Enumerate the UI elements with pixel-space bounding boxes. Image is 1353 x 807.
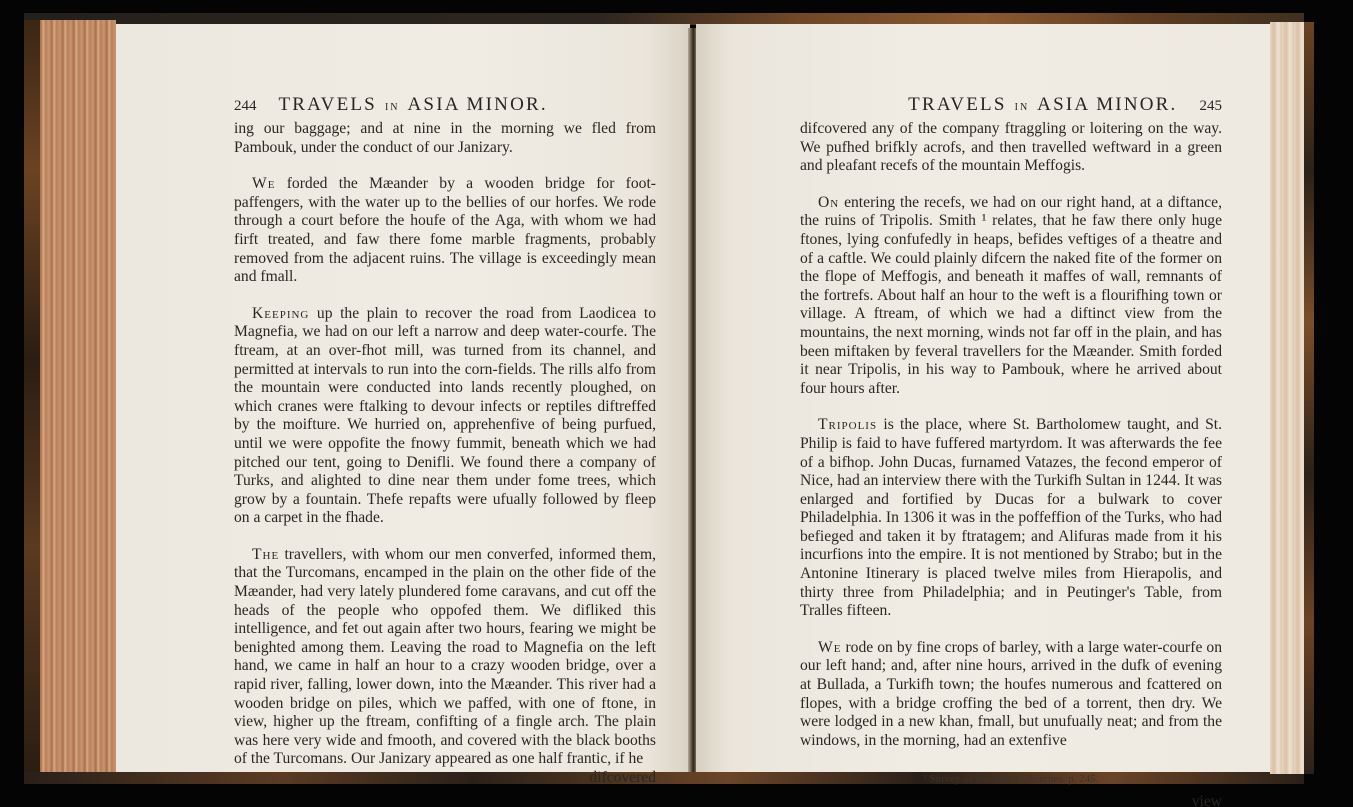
running-title-place: ASIA MINOR. bbox=[1037, 96, 1177, 115]
left-page-text: 244 TRAVELS IN ASIA MINOR. ing our bagga… bbox=[234, 96, 656, 788]
page-number: 245 bbox=[1200, 97, 1223, 116]
running-title-in: IN bbox=[385, 99, 400, 118]
right-running-head: TRAVELS IN ASIA MINOR. 245 bbox=[800, 96, 1222, 120]
running-title-in: IN bbox=[1015, 99, 1030, 118]
paragraph: Tripolis is the place, where St. Barthol… bbox=[800, 416, 1222, 621]
paragraph: We forded the Mæander by a wooden bridge… bbox=[234, 175, 656, 287]
paragraph: On entering the recefs, we had on our ri… bbox=[800, 194, 1222, 399]
left-page: 244 TRAVELS IN ASIA MINOR. ing our bagga… bbox=[116, 24, 690, 772]
catchword: difcovered bbox=[234, 769, 656, 788]
paragraph: ing our baggage; and at nine in the morn… bbox=[234, 120, 656, 157]
left-running-head: 244 TRAVELS IN ASIA MINOR. bbox=[234, 96, 656, 120]
running-title-place: ASIA MINOR. bbox=[408, 96, 548, 115]
paragraph: The travellers, with whom our men conver… bbox=[234, 546, 656, 769]
right-page: TRAVELS IN ASIA MINOR. 245 difcovered an… bbox=[696, 24, 1270, 772]
footnote: ¹ Survey of the Seven Churches. p. 245. bbox=[800, 770, 1222, 789]
catchword: view bbox=[800, 793, 1222, 807]
right-page-text: TRAVELS IN ASIA MINOR. 245 difcovered an… bbox=[800, 96, 1222, 807]
book-page-edges-right bbox=[1270, 22, 1314, 774]
paragraph: Keeping up the plain to recover the road… bbox=[234, 305, 656, 528]
running-title-main: TRAVELS bbox=[908, 96, 1006, 115]
running-title-main: TRAVELS bbox=[279, 96, 377, 115]
paragraph: We rode on by fine crops of barley, with… bbox=[800, 639, 1222, 751]
book-page-edges-left bbox=[24, 20, 116, 772]
page-number: 244 bbox=[234, 97, 257, 116]
paragraph: difcovered any of the company ftraggling… bbox=[800, 120, 1222, 176]
